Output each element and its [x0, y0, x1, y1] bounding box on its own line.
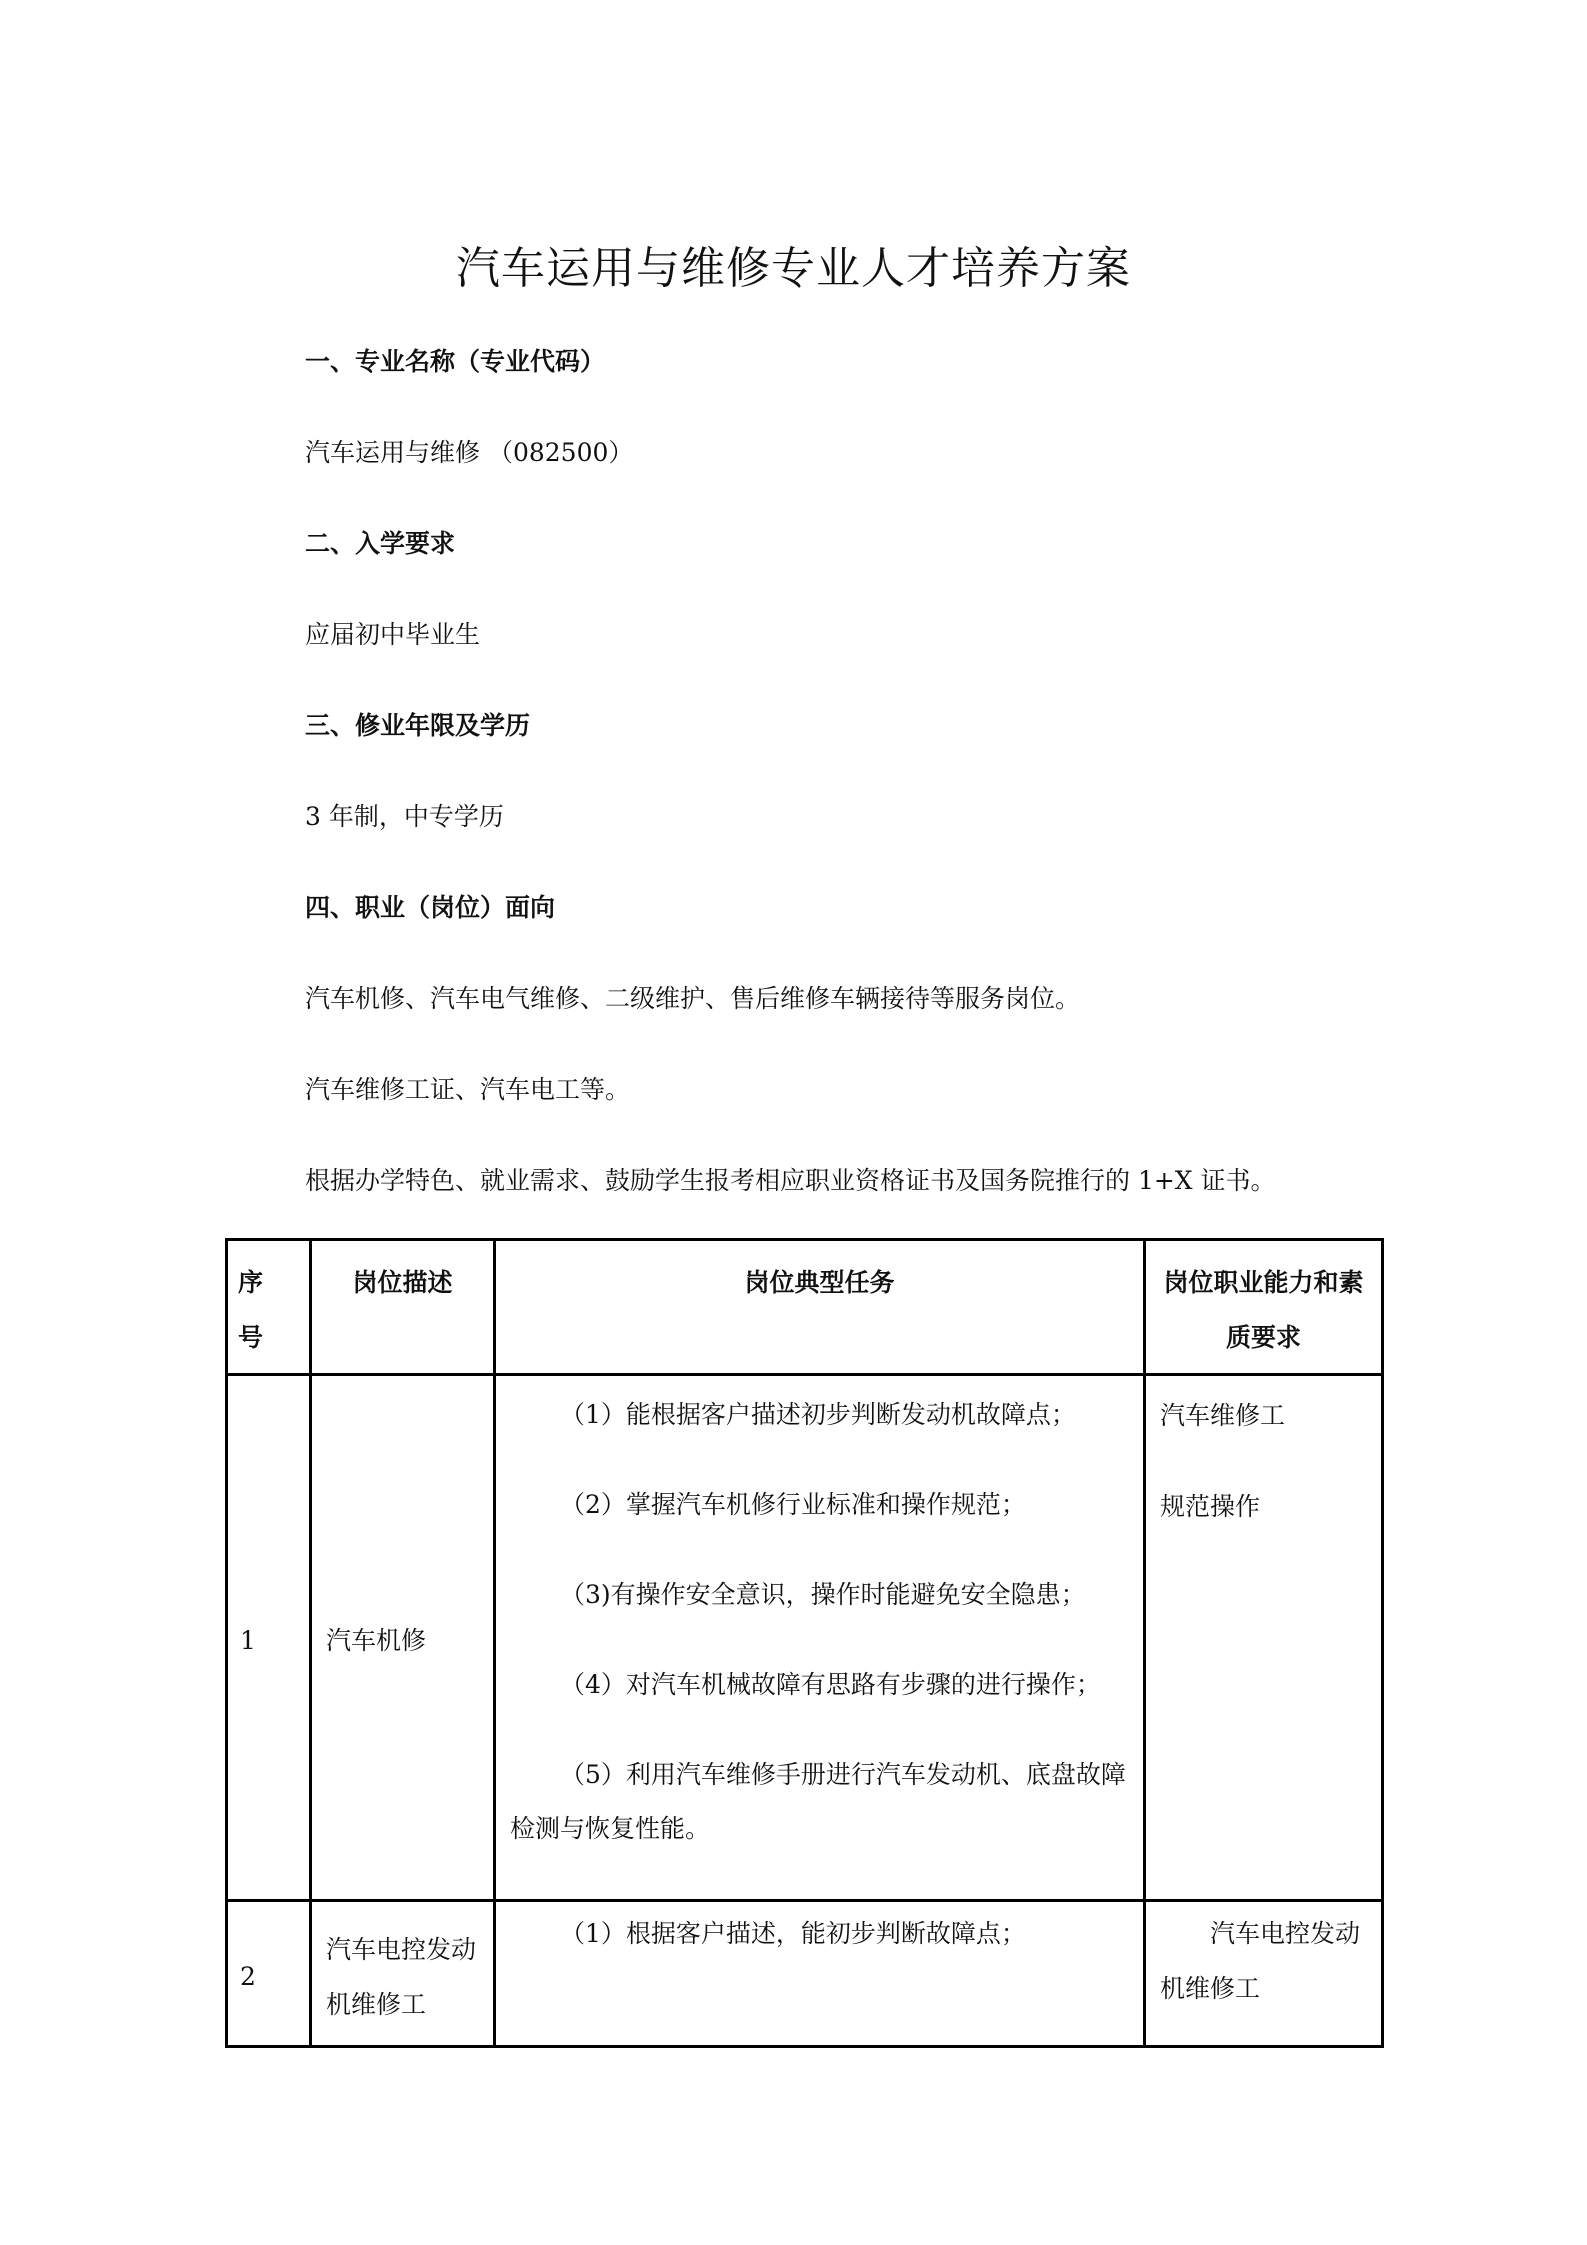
task-item: （2）掌握汽车机修行业标准和操作规范；: [510, 1478, 1129, 1532]
task-item: （4）对汽车机械故障有思路有步骤的进行操作；: [510, 1658, 1129, 1712]
table-header-row: 序号 岗位描述 岗位典型任务 岗位职业能力和素质要求: [227, 1240, 1383, 1375]
table-row: 1 汽车机修 （1）能根据客户描述初步判断发动机故障点； （2）掌握汽车机修行业…: [227, 1375, 1383, 1901]
cell-no: 2: [227, 1901, 311, 2047]
task-item: （5）利用汽车维修手册进行汽车发动机、底盘故障检测与恢复性能。: [510, 1748, 1129, 1856]
career-paragraph-1x: 根据办学特色、就业需求、鼓励学生报考相应职业资格证书及国务院推行的 1+X 证书…: [305, 1164, 1276, 1198]
task-item: （3)有操作安全意识，操作时能避免安全隐患；: [510, 1568, 1129, 1622]
cell-requirements: 汽车电控发动机维修工: [1145, 1901, 1383, 2047]
section-heading-admission: 二、入学要求: [305, 527, 455, 561]
cell-description: 汽车电控发动机维修工: [311, 1901, 495, 2047]
requirement-item: 规范操作: [1160, 1479, 1367, 1534]
header-description: 岗位描述: [311, 1240, 495, 1375]
section-body-duration: 3 年制，中专学历: [305, 800, 504, 834]
section-heading-career: 四、职业（岗位）面向: [305, 891, 555, 925]
cell-tasks: （1）根据客户描述，能初步判断故障点；: [495, 1901, 1145, 2047]
section-heading-duration: 三、修业年限及学历: [305, 709, 530, 743]
cell-tasks: （1）能根据客户描述初步判断发动机故障点； （2）掌握汽车机修行业标准和操作规范…: [495, 1375, 1145, 1901]
cell-no: 1: [227, 1375, 311, 1901]
section-heading-major-name: 一、专业名称（专业代码）: [305, 345, 605, 379]
requirement-item: 汽车电控发动机维修工: [1146, 1902, 1381, 2024]
cell-description: 汽车机修: [311, 1375, 495, 1901]
section-body-major-name: 汽车运用与维修 （082500）: [305, 436, 633, 470]
header-requirements: 岗位职业能力和素质要求: [1145, 1240, 1383, 1375]
task-item: （1）能根据客户描述初步判断发动机故障点；: [510, 1388, 1129, 1442]
career-paragraph-positions: 汽车机修、汽车电气维修、二级维护、售后维修车辆接待等服务岗位。: [305, 982, 1080, 1016]
job-requirements-table: 序号 岗位描述 岗位典型任务 岗位职业能力和素质要求 1 汽车机修 （1）能根据…: [225, 1238, 1384, 2048]
task-item: （1）根据客户描述，能初步判断故障点；: [510, 1906, 1129, 1961]
career-paragraph-certificates: 汽车维修工证、汽车电工等。: [305, 1073, 630, 1107]
cell-requirements: 汽车维修工 规范操作: [1145, 1375, 1383, 1901]
document-title: 汽车运用与维修专业人才培养方案: [0, 241, 1587, 297]
table-row: 2 汽车电控发动机维修工 （1）根据客户描述，能初步判断故障点； 汽车电控发动机…: [227, 1901, 1383, 2047]
header-no: 序号: [227, 1240, 311, 1375]
section-body-admission: 应届初中毕业生: [305, 618, 480, 652]
requirement-item: 汽车维修工: [1160, 1388, 1367, 1443]
header-tasks: 岗位典型任务: [495, 1240, 1145, 1375]
